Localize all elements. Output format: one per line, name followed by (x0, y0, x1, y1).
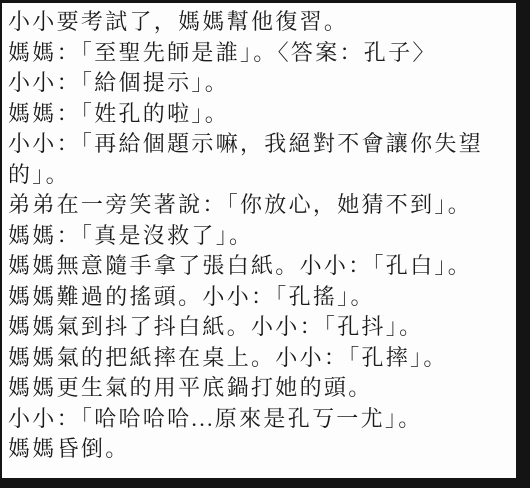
text-line: 媽媽難過的搖頭。小小：「孔搖」。 (8, 282, 514, 313)
text-line: 媽媽：「真是沒救了」。 (8, 221, 514, 252)
joke-text-block: 小小要考試了，媽媽幫他復習。 媽媽：「至聖先師是誰」。〈答案：孔子〉 小小：「給… (8, 7, 514, 465)
text-line: 媽媽無意隨手拿了張白紙。小小：「孔白」。 (8, 251, 514, 282)
text-line: 媽媽氣的把紙摔在桌上。小小：「孔摔」。 (8, 343, 514, 374)
text-line: 小小：「給個提示」。 (8, 68, 514, 99)
text-line: 的」。 (8, 160, 514, 191)
text-line: 小小：「哈哈哈哈...原來是孔丂一尤」。 (8, 404, 514, 435)
text-line: 媽媽：「姓孔的啦」。 (8, 99, 514, 130)
text-line: 媽媽昏倒。 (8, 434, 514, 465)
text-line: 小小要考試了，媽媽幫他復習。 (8, 7, 514, 38)
text-line: 弟弟在一旁笑著說：「你放心，她猜不到」。 (8, 190, 514, 221)
document-page: 小小要考試了，媽媽幫他復習。 媽媽：「至聖先師是誰」。〈答案：孔子〉 小小：「給… (2, 3, 516, 478)
text-line: 媽媽更生氣的用平底鍋打她的頭。 (8, 373, 514, 404)
text-line: 媽媽：「至聖先師是誰」。〈答案：孔子〉 (8, 38, 514, 69)
text-line: 小小：「再給個題示嘛，我絕對不會讓你失望 (8, 129, 514, 160)
screenshot-root: { "page": { "background": "#fdfdfd", "fr… (0, 0, 530, 488)
text-line: 媽媽氣到抖了抖白紙。小小：「孔抖」。 (8, 312, 514, 343)
